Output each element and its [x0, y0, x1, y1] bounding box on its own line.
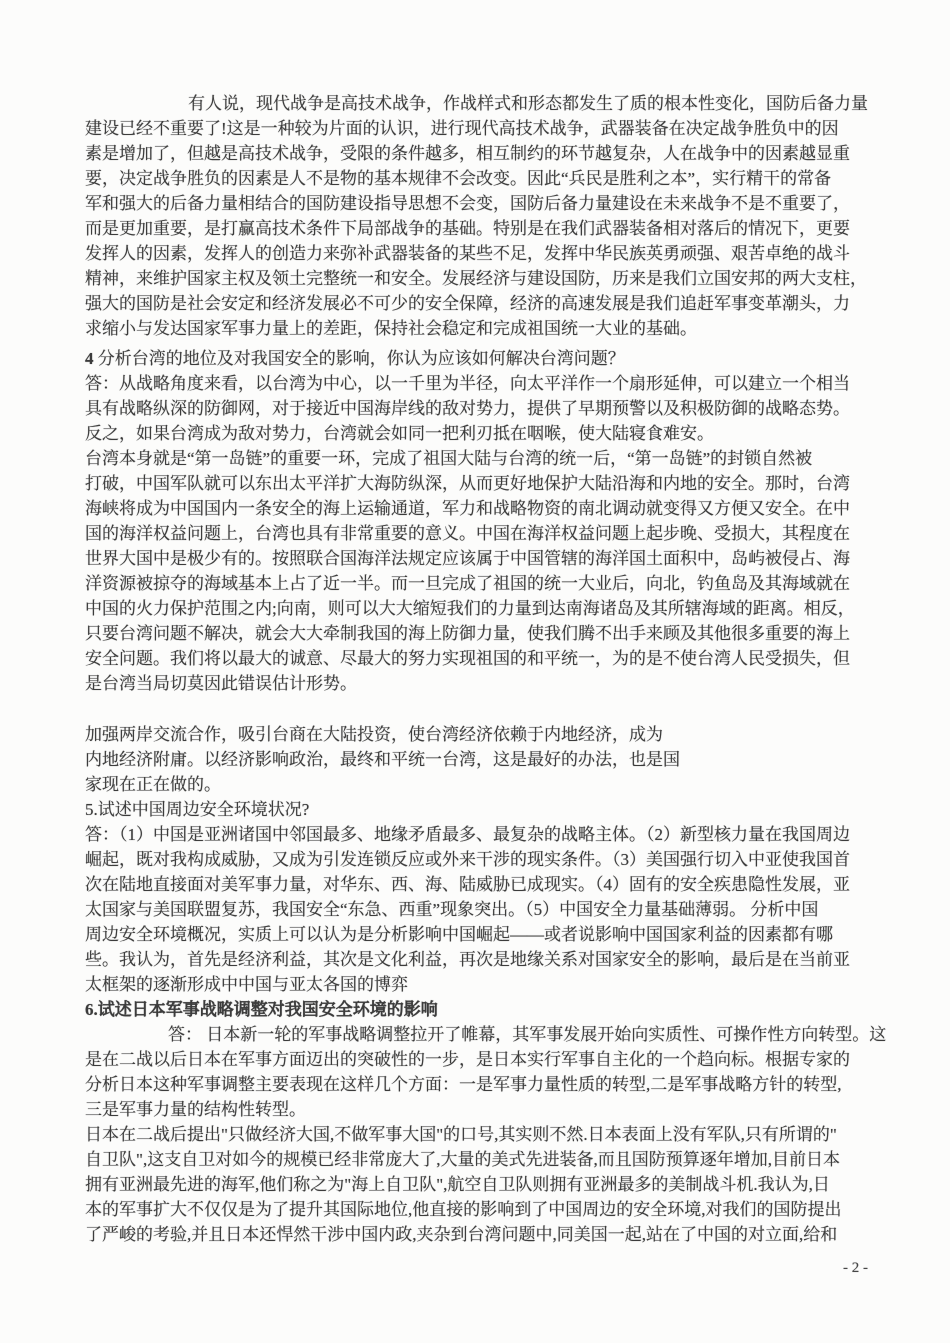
question-number: 4 — [85, 349, 98, 368]
text-line: 太国家与美国联盟复苏，我国安全“东急、西重”现象突出。（5）中国安全力量基础薄弱… — [85, 897, 870, 922]
document-page: 有人说，现代战争是高技术战争，作战样式和形态都发生了质的根本性变化，国防后备力量… — [0, 0, 950, 1343]
text-line: 而是更加重要，是打赢高技术条件下局部战争的基础。特别是在我们武器装备相对落后的情… — [85, 216, 870, 241]
text-line: 军和强大的后备力量相结合的国防建设指导思想不会变，国防后备力量建设在未来战争不是… — [85, 191, 870, 216]
text-line: 求缩小与发达国家军事力量上的差距，保持社会稳定和完成祖国统一大业的基础。 — [85, 316, 870, 341]
text-line: 三是军事力量的结构性转型。 — [85, 1097, 870, 1122]
text-line: 建设已经不重要了!这是一种较为片面的认识，进行现代高技术战争，武器装备在决定战争… — [85, 116, 870, 141]
text-line: 4 分析台湾的地位及对我国安全的影响，你认为应该如何解决台湾问题？ — [85, 346, 870, 371]
text-line: 是在二战以后日本在军事方面迈出的突破性的一步，是日本实行军事自主化的一个趋向标。… — [85, 1047, 870, 1072]
text-line: 有人说，现代战争是高技术战争，作战样式和形态都发生了质的根本性变化，国防后备力量 — [85, 91, 870, 116]
text-line: 加强两岸交流合作，吸引台商在大陆投资，使台湾经济依赖于内地经济，成为 — [85, 722, 870, 747]
text-line: 要，决定战争胜负的因素是人不是物的基本规律不会改变。因此“兵民是胜利之本”，实行… — [85, 166, 870, 191]
text-line: 精神，来维护国家主权及领土完整统一和安全。发展经济与建设国防，历来是我们立国安邦… — [85, 266, 870, 291]
text-line: 具有战略纵深的防御网，对于接近中国海岸线的敌对势力，提供了早期预警以及积极防御的… — [85, 396, 870, 421]
text-line: 些。我认为，首先是经济利益，其次是文化利益，再次是地缘关系对国家安全的影响，最后… — [85, 947, 870, 972]
text-line: 台湾本身就是“第一岛链”的重要一环，完成了祖国大陆与台湾的统一后，“第一岛链”的… — [85, 446, 870, 471]
text-line: 答：（1）中国是亚洲诸国中邻国最多、地缘矛盾最多、最复杂的战略主体。（2）新型核… — [85, 822, 870, 847]
text-line: 中国的火力保护范围之内;向南，则可以大大缩短我们的力量到达南海诸岛及其所辖海域的… — [85, 596, 870, 621]
document-lines: 有人说，现代战争是高技术战争，作战样式和形态都发生了质的根本性变化，国防后备力量… — [85, 91, 870, 1247]
text-line: 本的军事扩大不仅仅是为了提升其国际地位,他直接的影响到了中国周边的安全环境,对我… — [85, 1197, 870, 1222]
text-line: 分析日本这种军事调整主要表现在这样几个方面：一是军事力量性质的转型,二是军事战略… — [85, 1072, 870, 1097]
text-line: 6.试述日本军事战略调整对我国安全环境的影响 — [85, 997, 870, 1022]
text-line: 发挥人的因素，发挥人的创造力来弥补武器装备的某些不足，发挥中华民族英勇顽强、艰苦… — [85, 241, 870, 266]
question-number: 6. — [85, 1000, 98, 1019]
text-line: 答： 日本新一轮的军事战略调整拉开了帷幕，其军事发展开始向实质性、可操作性方向转… — [85, 1022, 870, 1047]
text-line: 家现在正在做的。 — [85, 772, 870, 797]
text-line: 国的海洋权益问题上，台湾也具有非常重要的意义。中国在海洋权益问题上起步晚、受损大… — [85, 521, 870, 546]
text-line: 崛起，既对我构成威胁，又成为引发连锁反应或外来干涉的现实条件。（3）美国强行切入… — [85, 847, 870, 872]
text-line: 世界大国中是极少有的。按照联合国海洋法规定应该属于中国管辖的海洋国土面积中，岛屿… — [85, 546, 870, 571]
text-line: 强大的国防是社会安定和经济发展必不可少的安全保障，经济的高速发展是我们追赶军事变… — [85, 291, 870, 316]
text-line: 5.试述中国周边安全环境状况? — [85, 797, 870, 822]
text-line: 了严峻的考验,并且日本还悍然干涉中国内政,夹杂到台湾问题中,同美国一起,站在了中… — [85, 1222, 870, 1247]
text-line: 日本在二战后提出"只做经济大国,不做军事大国"的口号,其实则不然.日本表面上没有… — [85, 1122, 870, 1147]
text-line: 周边安全环境概况，实质上可以认为是分析影响中国崛起——或者说影响中国国家利益的因… — [85, 922, 870, 947]
text-line: 反之，如果台湾成为敌对势力，台湾就会如同一把利刃抵在咽喉，使大陆寝食难安。 — [85, 421, 870, 446]
text-line: 次在陆地直接面对美军事力量，对华东、西、海、陆威胁已成现实。（4）固有的安全疾患… — [85, 872, 870, 897]
text-line: 海峡将成为中国国内一条安全的海上运输通道，军力和战略物资的南北调动就变得又方便又… — [85, 496, 870, 521]
text-line: 拥有亚洲最先进的海军,他们称之为"海上自卫队",航空自卫队则拥有亚洲最多的美制战… — [85, 1172, 870, 1197]
text-line: 自卫队",这支自卫对如今的规模已经非常庞大了,大量的美式先进装备,而且国防预算逐… — [85, 1147, 870, 1172]
text-line: 是台湾当局切莫因此错误估计形势。 — [85, 671, 870, 696]
text-line: 安全问题。我们将以最大的诚意、尽最大的努力实现祖国的和平统一，为的是不使台湾人民… — [85, 646, 870, 671]
text-line: 只要台湾问题不解决，就会大大牵制我国的海上防御力量，使我们腾不出手来顾及其他很多… — [85, 621, 870, 646]
text-line: 内地经济附庸。以经济影响政治，最终和平统一台湾，这是最好的办法，也是国 — [85, 747, 870, 772]
page-number: - 2 - — [85, 1256, 870, 1281]
text-line: 太框架的逐渐形成中中国与亚太各国的博弈 — [85, 972, 870, 997]
text-line: 素是增加了，但越是高技术战争，受限的条件越多，相互制约的环节越复杂，人在战争中的… — [85, 141, 870, 166]
text-line: 答：从战略角度来看，以台湾为中心，以一千里为半径，向太平洋作一个扇形延伸，可以建… — [85, 371, 870, 396]
text-line: 洋资源被掠夺的海域基本上占了近一半。而一旦完成了祖国的统一大业后，向北，钓鱼岛及… — [85, 571, 870, 596]
text-line: 打破，中国军队就可以东出太平洋扩大海防纵深，从而更好地保护大陆沿海和内地的安全。… — [85, 471, 870, 496]
